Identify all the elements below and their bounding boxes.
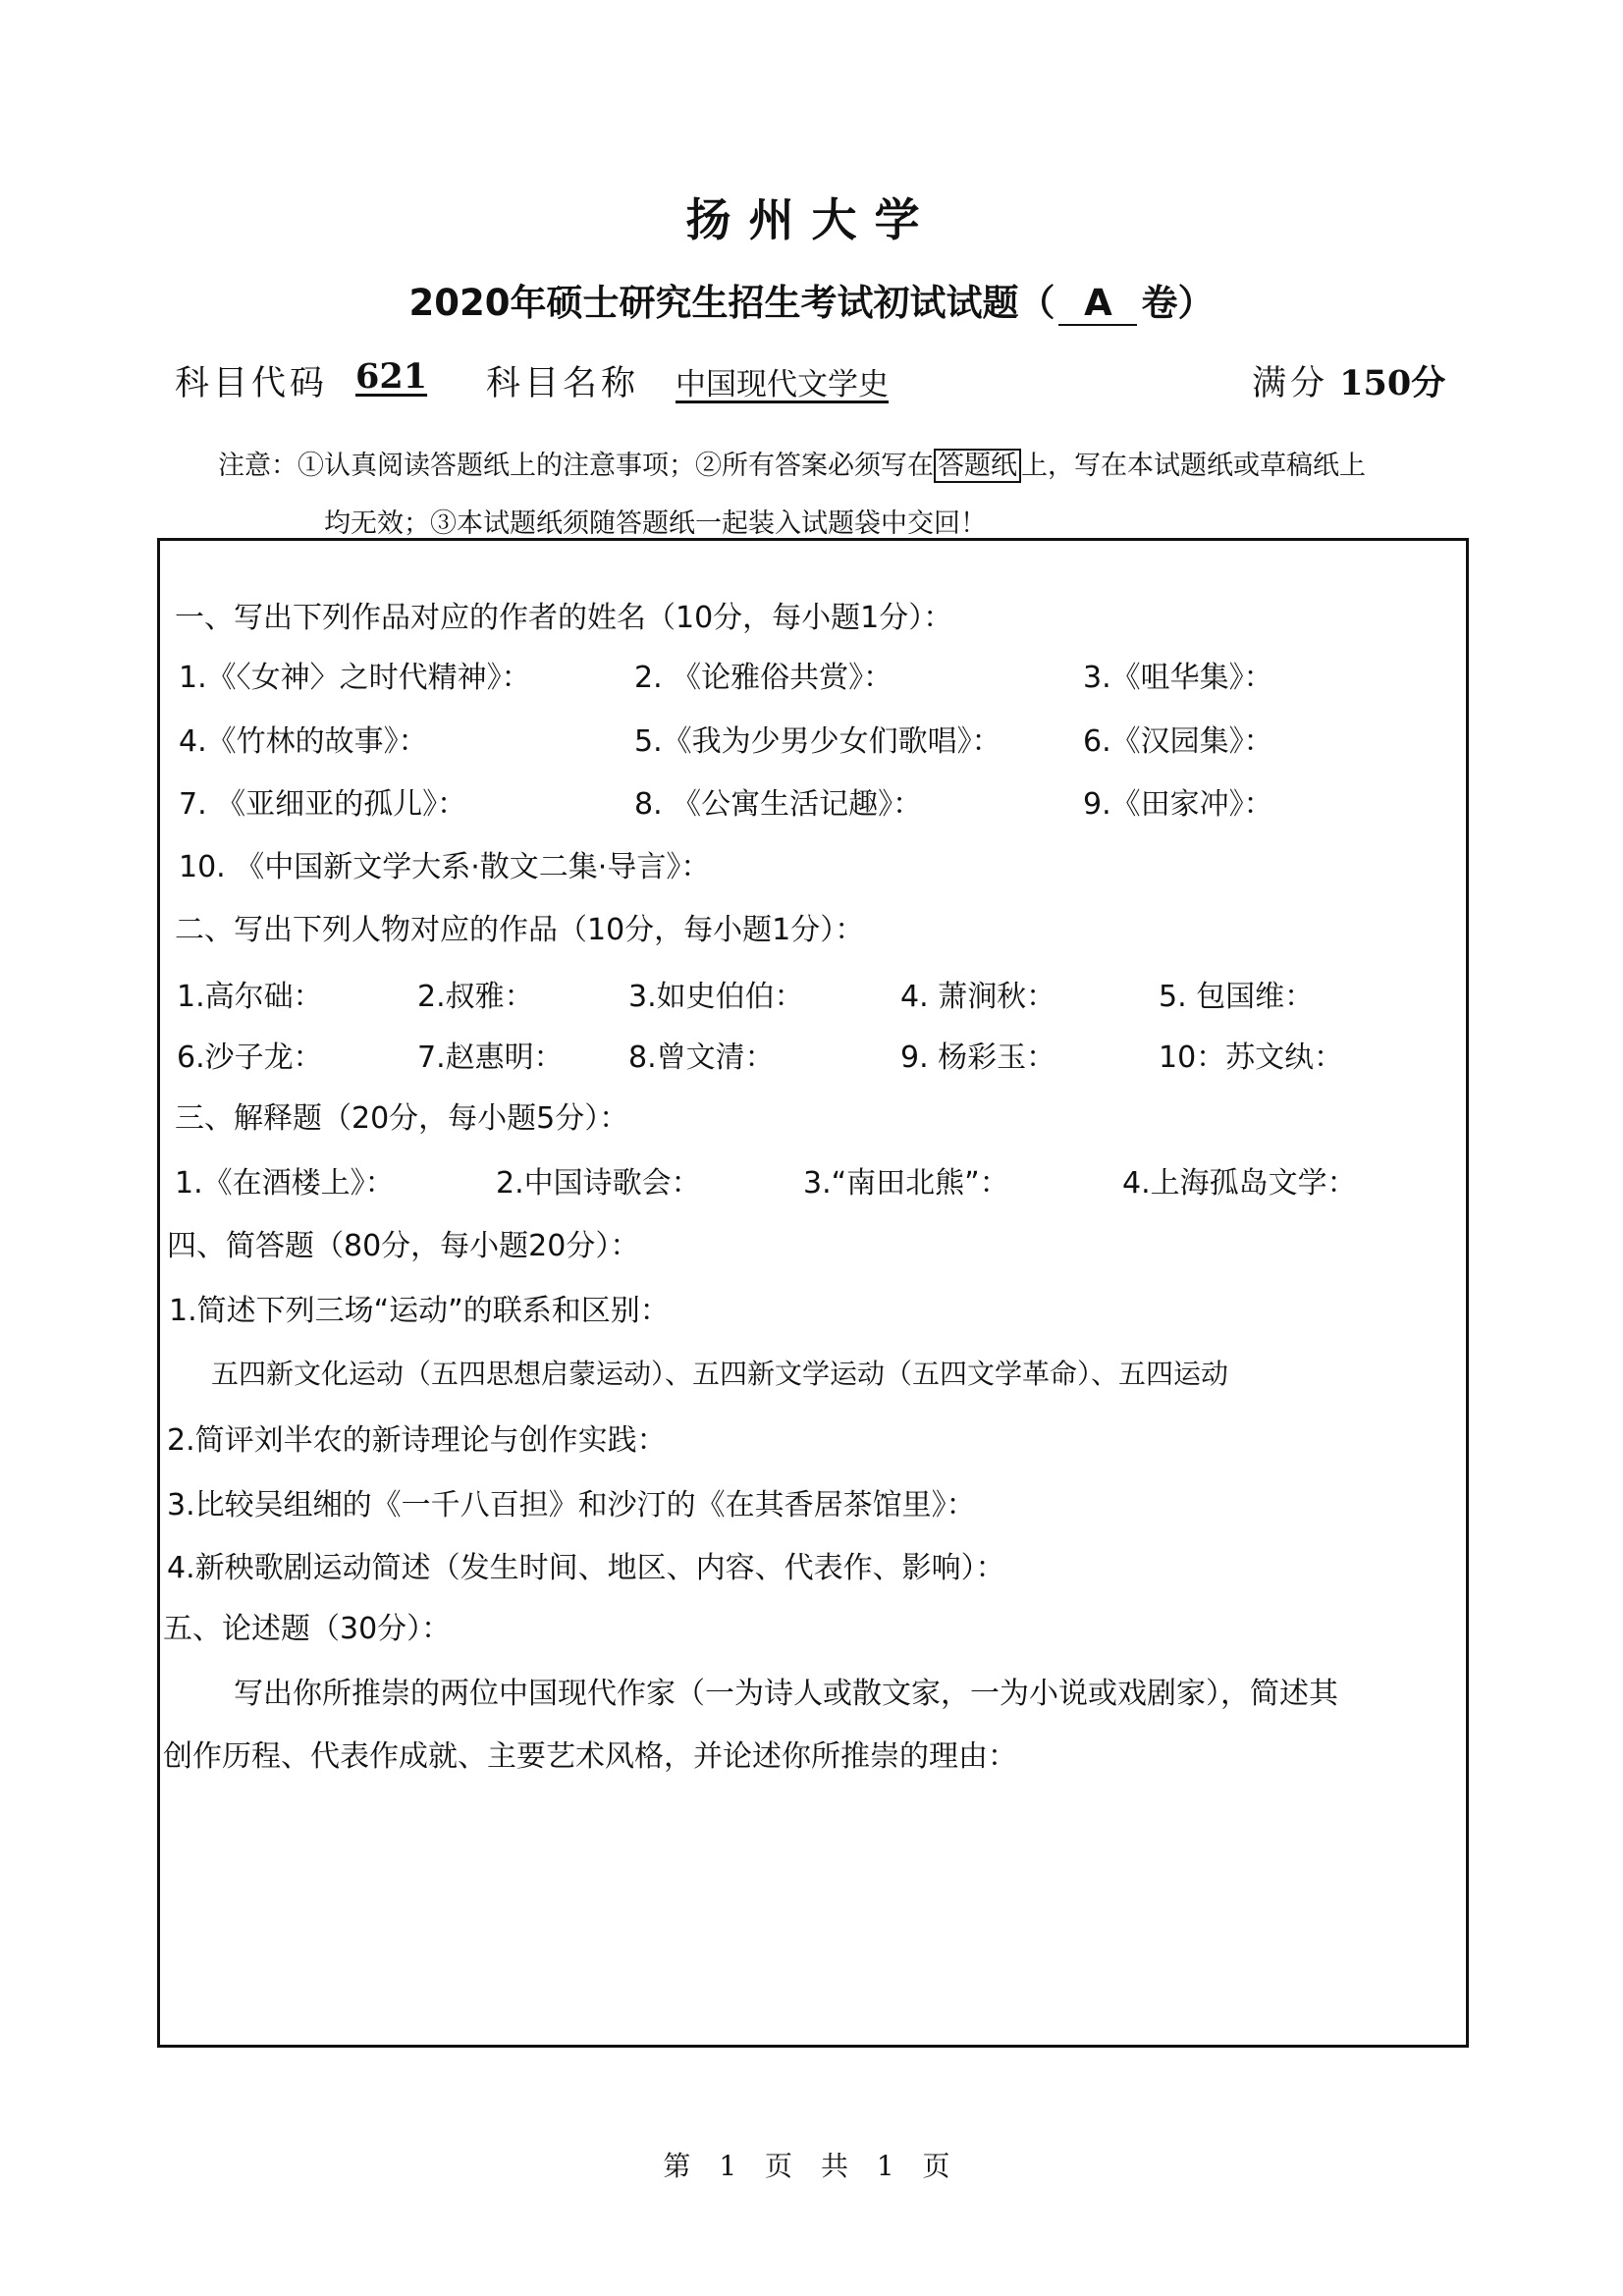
s1-item-3: 3.《咀华集》：	[1083, 653, 1273, 696]
s2-item-10: 10：苏文纨：	[1159, 1033, 1343, 1076]
s1-item-10: 10. 《中国新文学大系·散文二集·导言》：	[179, 842, 710, 885]
s1-item-6: 6.《汉园集》：	[1083, 717, 1273, 760]
section-5-heading: 五、论述题（30分）：	[163, 1604, 451, 1647]
s1-item-7: 7. 《亚细亚的孤儿》：	[179, 779, 466, 823]
university-title: 扬州大学	[0, 185, 1623, 249]
exam-title-prefix: 2020年硕士研究生招生考试初试试题（	[409, 282, 1055, 324]
notice-line-2: 均无效；③本试题纸须随答题纸一起装入试题袋中交回！	[324, 502, 987, 540]
notice-line-1: 注意：①认真阅读答题纸上的注意事项；②所有答案必须写在答题纸上，写在本试题纸或草…	[218, 444, 1366, 482]
subject-code: 621	[355, 356, 427, 397]
s3-item-2: 2.中国诗歌会：	[496, 1158, 701, 1201]
s2-item-7: 7.赵惠明：	[417, 1033, 564, 1076]
s4-question-1: 1.简述下列三场“运动”的联系和区别：	[169, 1286, 670, 1329]
subject-name-label: 科目名称	[486, 356, 639, 405]
s2-item-1: 1.高尔础：	[177, 972, 323, 1015]
s2-item-6: 6.沙子龙：	[177, 1033, 323, 1076]
subject-name: 中国现代文学史	[676, 359, 889, 403]
s3-item-3: 3.“南田北熊”：	[803, 1158, 1009, 1201]
exam-title: 2020年硕士研究生招生考试初试试题（A卷）	[0, 273, 1623, 326]
s4-question-1-detail: 五四新文化运动（五四思想启蒙运动）、五四新文学运动（五四文学革命）、五四运动	[211, 1353, 1228, 1392]
s2-item-9: 9. 杨彩玉：	[900, 1033, 1055, 1076]
s5-body-line-2: 创作历程、代表作成就、主要艺术风格，并论述你所推崇的理由：	[163, 1732, 1017, 1775]
full-score: 满分 150分	[1252, 356, 1445, 405]
page-info: 第 1 页 共 1 页	[0, 2145, 1623, 2184]
s4-question-4: 4.新秧歌剧运动简述（发生时间、地区、内容、代表作、影响）：	[167, 1543, 1005, 1586]
answer-sheet-boxed: 答题纸	[934, 449, 1021, 483]
s1-item-1: 1.《〈女神〉之时代精神》：	[179, 653, 531, 696]
s5-body-line-1: 写出你所推崇的两位中国现代作家（一为诗人或散文家，一为小说或戏剧家），简述其	[234, 1669, 1338, 1712]
s1-item-5: 5.《我为少男少女们歌唱》：	[634, 717, 1001, 760]
s4-question-2: 2.简评刘半农的新诗理论与创作实践：	[167, 1415, 667, 1459]
section-1-heading: 一、写出下列作品对应的作者的姓名（10分，每小题1分）：	[175, 593, 952, 636]
s1-item-2: 2. 《论雅俗共赏》：	[634, 653, 893, 696]
notice-label: 注意：	[218, 451, 298, 481]
s2-item-3: 3.如史伯伯：	[628, 972, 804, 1015]
s1-item-9: 9.《田家冲》：	[1083, 779, 1273, 823]
s4-question-3: 3.比较吴组缃的《一千八百担》和沙汀的《在其香居茶馆里》：	[167, 1480, 976, 1523]
s2-item-2: 2.叔雅：	[417, 972, 534, 1015]
s1-item-8: 8. 《公寓生活记趣》：	[634, 779, 922, 823]
exam-title-suffix: 卷）	[1141, 282, 1214, 324]
s2-item-5: 5. 包国维：	[1159, 972, 1314, 1015]
s2-item-4: 4. 萧涧秋：	[900, 972, 1055, 1015]
section-4-heading: 四、简答题（80分，每小题20分）：	[167, 1221, 639, 1264]
s3-item-4: 4.上海孤岛文学：	[1122, 1158, 1357, 1201]
section-2-heading: 二、写出下列人物对应的作品（10分，每小题1分）：	[175, 905, 864, 948]
s3-item-1: 1.《在酒楼上》：	[175, 1158, 395, 1201]
s1-item-4: 4.《竹林的故事》：	[179, 717, 428, 760]
section-3-heading: 三、解释题（20分，每小题5分）：	[175, 1094, 628, 1137]
subject-code-label: 科目代码	[175, 356, 328, 405]
s2-item-8: 8.曾文清：	[628, 1033, 775, 1076]
paper-version: A	[1058, 284, 1137, 326]
